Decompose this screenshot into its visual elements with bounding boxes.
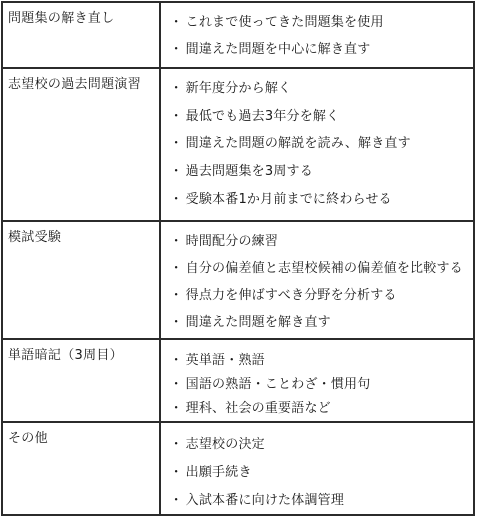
item-text: 出願手続き: [186, 461, 252, 480]
items-cell: ・英単語・熟語 ・国語の熟語・ことわざ・慣用句 ・理科、社会の重要語など: [160, 339, 474, 422]
list-item: ・得点力を伸ばすべき分野を分析する: [169, 280, 473, 307]
item-text: 得点力を伸ばすべき分野を分析する: [186, 284, 397, 303]
table-row: 単語暗記（3周目） ・英単語・熟語 ・国語の熟語・ことわざ・慣用句 ・理科、社会…: [2, 339, 474, 422]
category-cell: 単語暗記（3周目）: [2, 339, 160, 422]
list-item: ・間違えた問題の解説を読み、解き直す: [169, 128, 473, 156]
list-item: ・出願手続き: [169, 456, 473, 484]
item-text: 英単語・熟語: [186, 349, 265, 368]
item-text: 間違えた問題を中心に解き直す: [186, 38, 371, 57]
list-item: ・国語の熟語・ことわざ・慣用句: [169, 370, 473, 394]
list-item: ・最低でも過去3年分を解く: [169, 101, 473, 129]
items-cell: ・これまで使ってきた問題集を使用 ・間違えた問題を中心に解き直す: [160, 2, 474, 68]
list-item: ・理科、社会の重要語など: [169, 394, 473, 418]
table-row: 問題集の解き直し ・これまで使ってきた問題集を使用 ・間違えた問題を中心に解き直…: [2, 2, 474, 68]
list-item: ・新年度分から解く: [169, 73, 473, 101]
category-label: 問題集の解き直し: [3, 3, 159, 27]
table-row: 志望校の過去問題演習 ・新年度分から解く ・最低でも過去3年分を解く ・間違えた…: [2, 68, 474, 221]
item-text: 理科、社会の重要語など: [186, 397, 331, 416]
bullet-icon: ・: [169, 284, 186, 303]
bullet-icon: ・: [169, 77, 186, 96]
category-label: 志望校の過去問題演習: [3, 69, 159, 93]
item-text: 間違えた問題を解き直す: [186, 311, 331, 330]
item-list: ・時間配分の練習 ・自分の偏差値と志望校候補の偏差値を比較する ・得点力を伸ばす…: [161, 222, 473, 334]
bullet-icon: ・: [169, 349, 186, 368]
category-cell: 問題集の解き直し: [2, 2, 160, 68]
bullet-icon: ・: [169, 461, 186, 480]
list-item: ・自分の偏差値と志望校候補の偏差値を比較する: [169, 253, 473, 280]
item-list: ・新年度分から解く ・最低でも過去3年分を解く ・間違えた問題の解説を読み、解き…: [161, 69, 473, 211]
bullet-icon: ・: [169, 11, 186, 30]
bullet-icon: ・: [169, 397, 186, 416]
list-item: ・受験本番1か月前までに終わらせる: [169, 183, 473, 211]
list-item: ・過去問題集を3周する: [169, 156, 473, 184]
bullet-icon: ・: [169, 433, 186, 452]
category-cell: 志望校の過去問題演習: [2, 68, 160, 221]
table-row: 模試受験 ・時間配分の練習 ・自分の偏差値と志望校候補の偏差値を比較する ・得点…: [2, 221, 474, 339]
item-text: 新年度分から解く: [186, 77, 292, 96]
item-text: 間違えた問題の解説を読み、解き直す: [186, 132, 411, 151]
category-cell: その他: [2, 422, 160, 515]
list-item: ・志望校の決定: [169, 428, 473, 456]
bullet-icon: ・: [169, 188, 186, 207]
category-label: 模試受験: [3, 222, 159, 246]
bullet-icon: ・: [169, 257, 186, 276]
list-item: ・これまで使ってきた問題集を使用: [169, 7, 473, 34]
list-item: ・間違えた問題を中心に解き直す: [169, 34, 473, 61]
category-label: 単語暗記（3周目）: [3, 340, 159, 364]
item-list: ・これまで使ってきた問題集を使用 ・間違えた問題を中心に解き直す: [161, 3, 473, 61]
item-text: 最低でも過去3年分を解く: [186, 105, 340, 124]
item-text: 志望校の決定: [186, 433, 265, 452]
bullet-icon: ・: [169, 38, 186, 57]
table-row: その他 ・志望校の決定 ・出願手続き ・入試本番に向けた体調管理: [2, 422, 474, 515]
bullet-icon: ・: [169, 373, 186, 392]
items-cell: ・志望校の決定 ・出願手続き ・入試本番に向けた体調管理: [160, 422, 474, 515]
item-list: ・英単語・熟語 ・国語の熟語・ことわざ・慣用句 ・理科、社会の重要語など: [161, 340, 473, 418]
items-cell: ・時間配分の練習 ・自分の偏差値と志望校候補の偏差値を比較する ・得点力を伸ばす…: [160, 221, 474, 339]
item-text: 国語の熟語・ことわざ・慣用句: [186, 373, 371, 392]
bullet-icon: ・: [169, 105, 186, 124]
item-text: 自分の偏差値と志望校候補の偏差値を比較する: [186, 257, 463, 276]
item-text: 受験本番1か月前までに終わらせる: [186, 188, 392, 207]
list-item: ・間違えた問題を解き直す: [169, 307, 473, 334]
category-cell: 模試受験: [2, 221, 160, 339]
item-text: 入試本番に向けた体調管理: [186, 489, 344, 508]
list-item: ・時間配分の練習: [169, 226, 473, 253]
item-text: これまで使ってきた問題集を使用: [186, 11, 384, 30]
item-text: 過去問題集を3周する: [186, 160, 313, 179]
item-text: 時間配分の練習: [186, 230, 278, 249]
bullet-icon: ・: [169, 311, 186, 330]
category-label: その他: [3, 423, 159, 447]
study-plan-table: 問題集の解き直し ・これまで使ってきた問題集を使用 ・間違えた問題を中心に解き直…: [1, 1, 475, 516]
bullet-icon: ・: [169, 230, 186, 249]
list-item: ・入試本番に向けた体調管理: [169, 484, 473, 512]
bullet-icon: ・: [169, 160, 186, 179]
items-cell: ・新年度分から解く ・最低でも過去3年分を解く ・間違えた問題の解説を読み、解き…: [160, 68, 474, 221]
list-item: ・英単語・熟語: [169, 346, 473, 370]
item-list: ・志望校の決定 ・出願手続き ・入試本番に向けた体調管理: [161, 423, 473, 512]
bullet-icon: ・: [169, 489, 186, 508]
bullet-icon: ・: [169, 132, 186, 151]
